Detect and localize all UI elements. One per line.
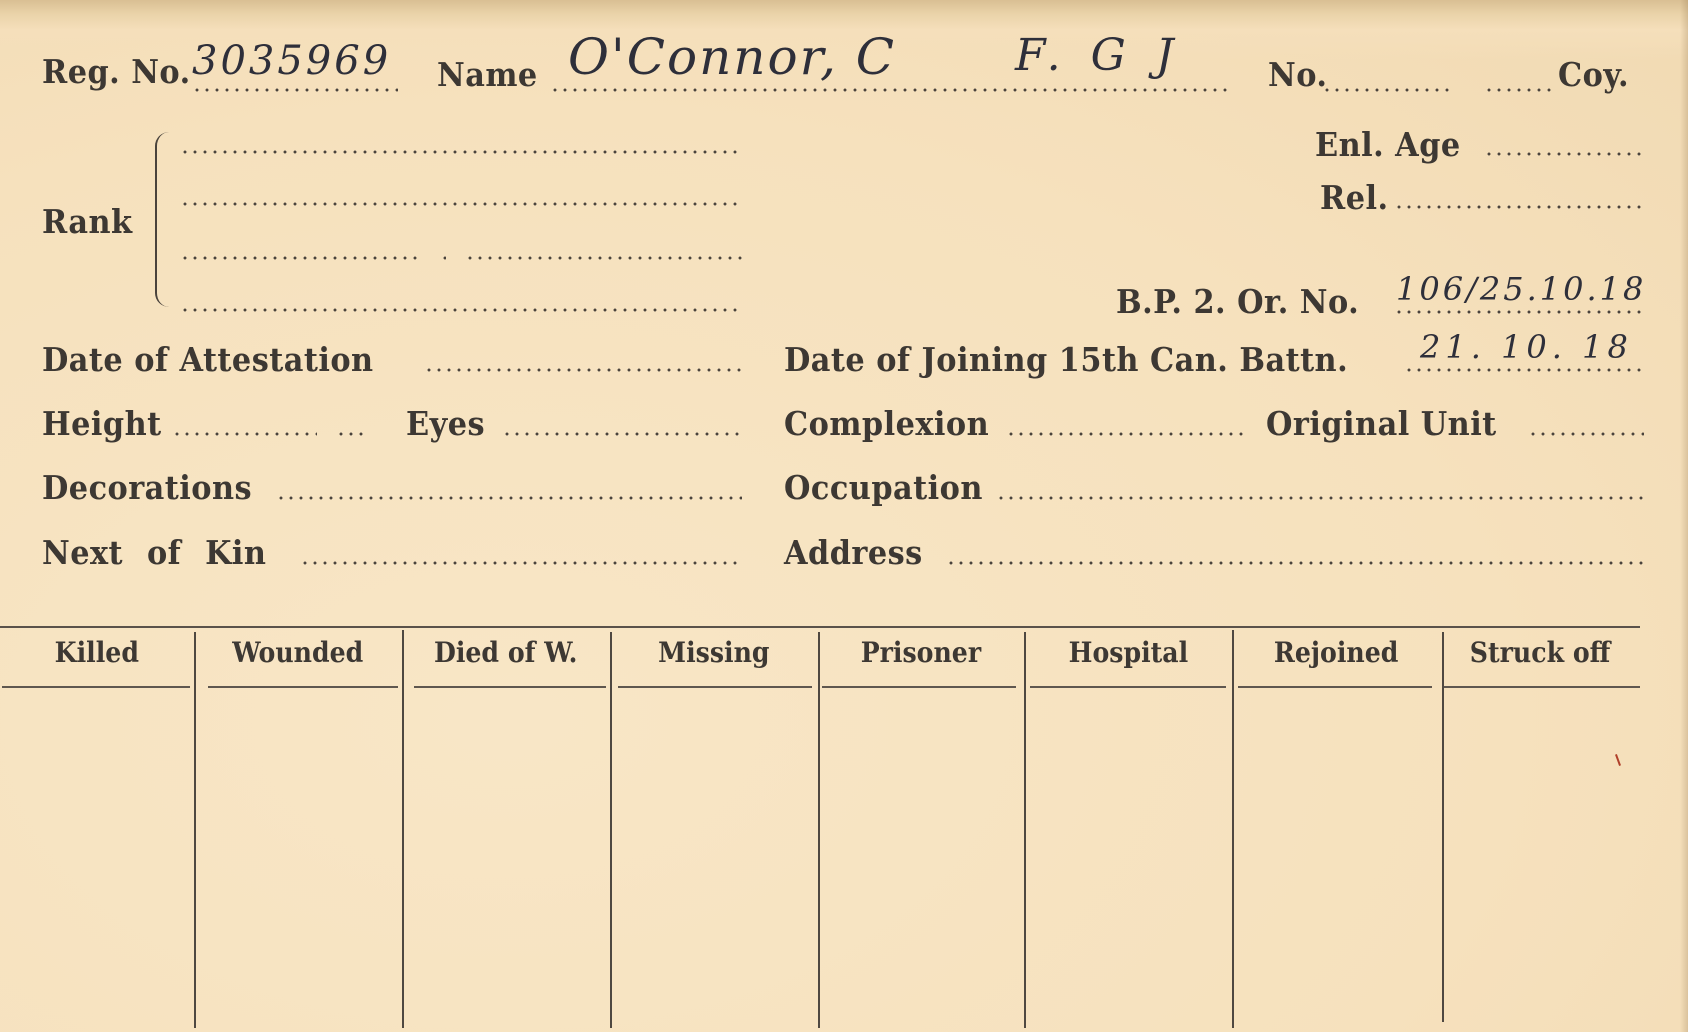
rank-line-2 bbox=[180, 202, 742, 206]
date-of-attestation-dotted-line bbox=[424, 368, 742, 372]
height-extra-dots bbox=[336, 432, 368, 436]
rel-label: Rel. bbox=[1320, 178, 1388, 217]
rejoined-underline bbox=[1238, 686, 1432, 688]
service-record-card: Reg. No. 3035969 Name O'Connor, C F. G J… bbox=[0, 0, 1688, 1032]
column-divider bbox=[818, 632, 820, 1028]
address-dotted-line bbox=[946, 561, 1644, 565]
column-header-wounded: Wounded bbox=[194, 636, 402, 672]
enl-age-dotted-line bbox=[1484, 152, 1644, 156]
rank-line-3a bbox=[180, 256, 420, 260]
column-divider bbox=[194, 632, 196, 1028]
original-unit-label: Original Unit bbox=[1266, 404, 1497, 443]
coy-label: Coy. bbox=[1558, 55, 1629, 94]
address-label: Address bbox=[784, 533, 923, 572]
rank-brace bbox=[155, 132, 175, 307]
killed-underline bbox=[2, 686, 190, 688]
column-divider bbox=[1024, 632, 1026, 1028]
complexion-label: Complexion bbox=[784, 404, 989, 443]
no-label: No. bbox=[1268, 55, 1327, 94]
date-of-joining-dotted-line bbox=[1404, 368, 1644, 372]
eyes-dotted-line bbox=[502, 432, 742, 436]
reg-no-value: 3035969 bbox=[192, 38, 391, 84]
complexion-dotted-line bbox=[1006, 432, 1246, 436]
ink-mark bbox=[1615, 754, 1621, 766]
died-of-w-underline bbox=[414, 686, 606, 688]
name-initials: F. G J bbox=[1015, 30, 1181, 81]
coy-dotted-line bbox=[1484, 88, 1554, 92]
name-label: Name bbox=[437, 55, 538, 94]
column-divider bbox=[402, 630, 404, 1028]
rank-line-3-dot bbox=[440, 256, 446, 260]
decorations-label: Decorations bbox=[42, 468, 252, 507]
height-label: Height bbox=[42, 404, 162, 443]
rel-dotted-line bbox=[1394, 205, 1644, 209]
column-divider bbox=[1442, 632, 1444, 1022]
bp2-value: 106/25.10.18 bbox=[1396, 270, 1646, 308]
next-of-kin-dotted-line bbox=[300, 561, 742, 565]
occupation-dotted-line bbox=[996, 496, 1644, 500]
no-dotted-line bbox=[1322, 88, 1450, 92]
column-header-hospital: Hospital bbox=[1024, 636, 1232, 672]
column-header-died-of-wounds: Died of W. bbox=[402, 636, 610, 672]
enl-age-label: Enl. Age bbox=[1315, 125, 1461, 164]
occupation-label: Occupation bbox=[784, 468, 983, 507]
struck-off-underline bbox=[1444, 686, 1640, 688]
column-header-rejoined: Rejoined bbox=[1232, 636, 1440, 672]
reg-no-label: Reg. No. bbox=[42, 52, 191, 91]
name-dotted-line bbox=[550, 88, 1230, 92]
column-header-killed: Killed bbox=[0, 636, 194, 672]
column-divider bbox=[1232, 630, 1234, 1028]
rank-line-3b bbox=[465, 256, 742, 260]
bp2-dotted-line bbox=[1394, 310, 1644, 314]
hospital-underline bbox=[1030, 686, 1226, 688]
column-header-missing: Missing bbox=[610, 636, 818, 672]
rank-label: Rank bbox=[42, 202, 133, 241]
decorations-dotted-line bbox=[276, 496, 742, 500]
prisoner-underline bbox=[822, 686, 1016, 688]
original-unit-dotted-line bbox=[1528, 432, 1644, 436]
missing-underline bbox=[618, 686, 812, 688]
table-top-rule bbox=[0, 626, 1640, 628]
bp2-label: B.P. 2. Or. No. bbox=[1116, 282, 1359, 321]
name-value: O'Connor, C bbox=[568, 28, 896, 86]
height-dotted-line bbox=[172, 432, 317, 436]
column-header-struck-off: Struck off bbox=[1440, 636, 1640, 672]
rank-line-4 bbox=[180, 308, 742, 312]
date-of-joining-value: 21. 10. 18 bbox=[1420, 328, 1633, 366]
eyes-label: Eyes bbox=[406, 404, 485, 443]
date-of-joining-label: Date of Joining 15th Can. Battn. bbox=[784, 340, 1348, 379]
next-of-kin-label: Next of Kin bbox=[42, 533, 266, 572]
date-of-attestation-label: Date of Attestation bbox=[42, 340, 374, 379]
rank-line-1 bbox=[180, 150, 742, 154]
column-divider bbox=[610, 632, 612, 1028]
wounded-underline bbox=[208, 686, 398, 688]
reg-no-dotted-line bbox=[192, 88, 398, 92]
column-header-prisoner: Prisoner bbox=[818, 636, 1024, 672]
